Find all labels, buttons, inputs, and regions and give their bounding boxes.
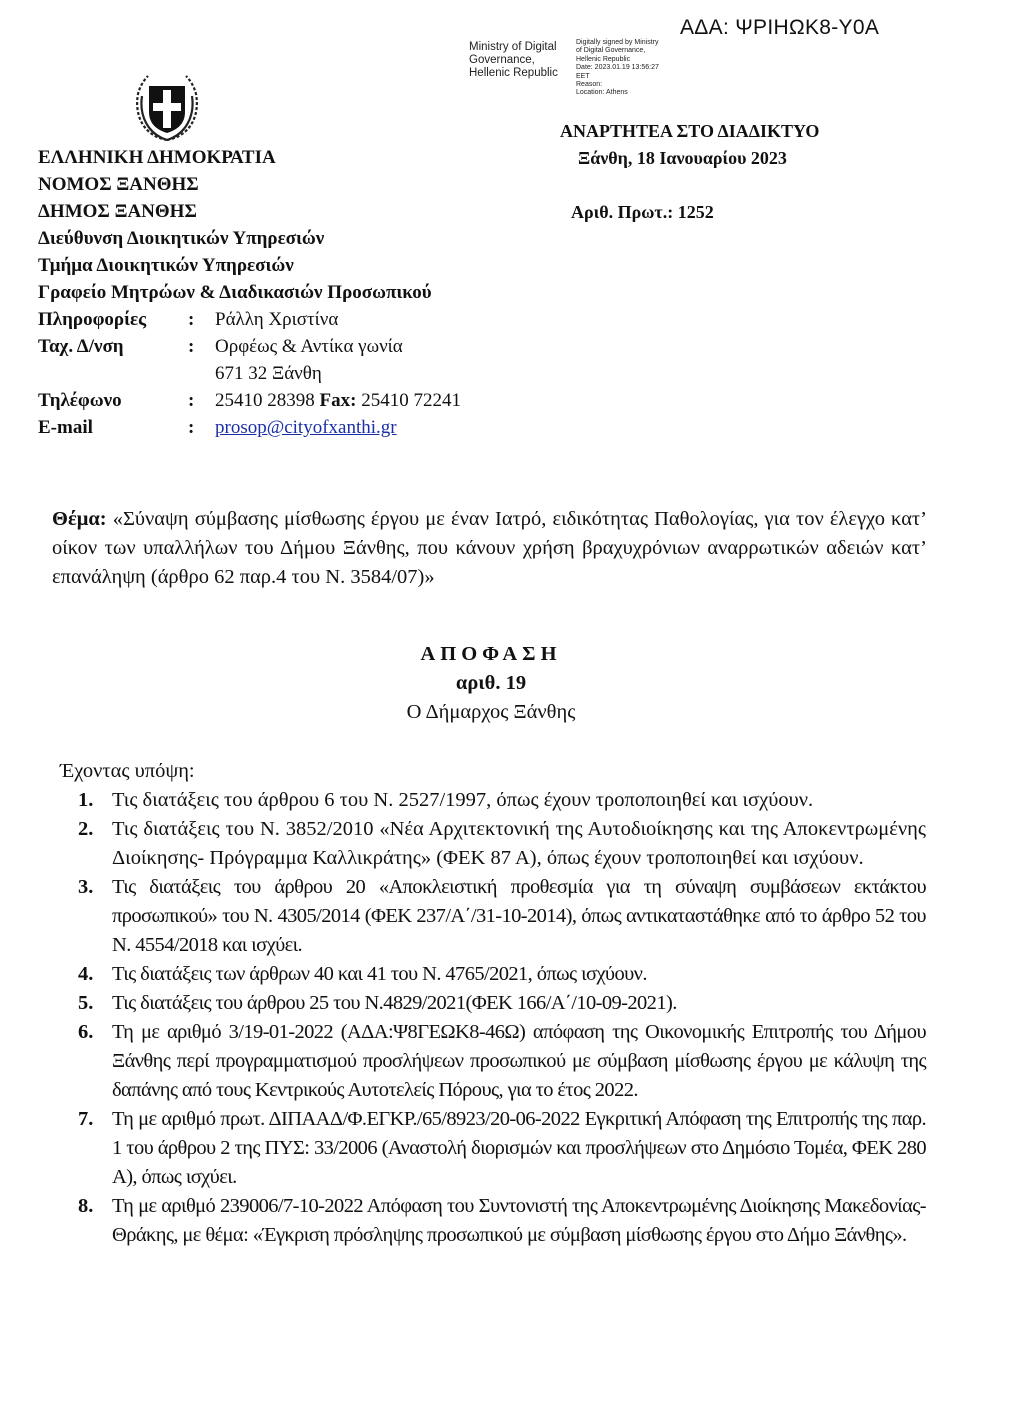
contact-address-row: Ταχ. Δ/νση : Ορφέως & Αντίκα γωνία <box>38 333 461 360</box>
authority-line: ΔΗΜΟΣ ΞΑΝΘΗΣ <box>38 198 432 225</box>
contact-details: Πληροφορίες : Ράλλη Χριστίνα Ταχ. Δ/νση … <box>38 306 461 441</box>
phone-fax-value: 25410 28398 Fax: 25410 72241 <box>215 387 461 414</box>
item-number: 2. <box>78 815 112 873</box>
contact-phone-row: Τηλέφωνο : 25410 28398 Fax: 25410 72241 <box>38 387 461 414</box>
digital-signature-details: Digitally signed by Ministry of Digital … <box>576 39 659 98</box>
contact-info-row: Πληροφορίες : Ράλλη Χριστίνα <box>38 306 461 333</box>
signature-detail-line: EET <box>576 73 659 81</box>
signature-detail-line: Digitally signed by Ministry <box>576 39 659 47</box>
phone-value: 25410 28398 <box>215 390 315 411</box>
list-item: 3.Τις διατάξεις του άρθρου 20 «Αποκλειστ… <box>78 873 926 960</box>
item-number: 7. <box>78 1105 112 1192</box>
list-item: 5.Τις διατάξεις του άρθρου 25 του Ν.4829… <box>78 989 926 1018</box>
contact-email-row: E-mail : prosop@cityofxanthi.gr <box>38 414 461 441</box>
separator: : <box>188 333 215 360</box>
item-number: 4. <box>78 960 112 989</box>
item-number: 3. <box>78 873 112 960</box>
document-meta: ΑΝΑΡΤΗΤΕΑ ΣΤΟ ΔΙΑΔΙΚΤΥΟ Ξάνθη, 18 Ιανουα… <box>560 118 819 226</box>
separator: : <box>188 414 215 441</box>
item-text: Τις διατάξεις του άρθρου 25 του Ν.4829/2… <box>112 989 926 1018</box>
authority-line: Διεύθυνση Διοικητικών Υπηρεσιών <box>38 225 432 252</box>
info-value: Ράλλη Χριστίνα <box>215 306 338 333</box>
address-line1: Ορφέως & Αντίκα γωνία <box>215 333 403 360</box>
subject-paragraph: Θέμα: «Σύναψη σύμβασης μίσθωσης έργου με… <box>52 505 927 592</box>
address-line2: 671 32 Ξάνθη <box>215 360 322 387</box>
posting-notice: ΑΝΑΡΤΗΤΕΑ ΣΤΟ ΔΙΑΔΙΚΤΥΟ <box>560 118 819 145</box>
decision-number: αριθ. 19 <box>0 669 982 698</box>
signer-line: Hellenic Republic <box>469 67 558 80</box>
signature-detail-line: Date: 2023.01.19 13:56:27 <box>576 64 659 72</box>
separator: : <box>188 387 215 414</box>
subject-label: Θέμα: <box>52 508 107 530</box>
greek-coat-of-arms-icon <box>130 70 204 144</box>
item-text: Τη με αριθμό 239006/7-10-2022 Απόφαση το… <box>112 1192 926 1250</box>
list-item: 7.Τη με αριθμό πρωτ. ΔΙΠΑΑΔ/Φ.ΕΓΚΡ./65/8… <box>78 1105 926 1192</box>
separator: : <box>188 306 215 333</box>
item-number: 1. <box>78 786 112 815</box>
list-item: 4.Τις διατάξεις των άρθρων 40 και 41 του… <box>78 960 926 989</box>
signer-line: Ministry of Digital <box>469 41 558 54</box>
item-text: Τη με αριθμό 3/19-01-2022 (ΑΔΑ:Ψ8ΓΕΩΚ8-4… <box>112 1018 926 1105</box>
ada-code: ΑΔΑ: ΨΡΙΗΩΚ8-Υ0Α <box>680 16 879 40</box>
decision-issuer: Ο Δήμαρχος Ξάνθης <box>0 698 982 727</box>
list-item: 1.Τις διατάξεις του άρθρου 6 του Ν. 2527… <box>78 786 926 815</box>
signature-detail-line: Hellenic Republic <box>576 56 659 64</box>
info-label: Πληροφορίες <box>38 306 188 333</box>
phone-label: Τηλέφωνο <box>38 387 188 414</box>
authority-line: ΕΛΛΗΝΙΚΗ ΔΗΜΟΚΡΑΤΙΑ <box>38 144 432 171</box>
signature-detail-line: of Digital Governance, <box>576 47 659 55</box>
email-label: E-mail <box>38 414 188 441</box>
list-item: 6.Τη με αριθμό 3/19-01-2022 (ΑΔΑ:Ψ8ΓΕΩΚ8… <box>78 1018 926 1105</box>
item-text: Τις διατάξεις του Ν. 3852/2010 «Νέα Αρχι… <box>112 815 926 873</box>
authority-line: ΝΟΜΟΣ ΞΑΝΘΗΣ <box>38 171 432 198</box>
item-number: 6. <box>78 1018 112 1105</box>
email-link[interactable]: prosop@cityofxanthi.gr <box>215 414 397 441</box>
subject-text: «Σύναψη σύμβασης μίσθωσης έργου με έναν … <box>52 508 927 588</box>
authority-line: Τμήμα Διοικητικών Υπηρεσιών <box>38 252 432 279</box>
digital-signature-signer: Ministry of Digital Governance, Hellenic… <box>469 41 558 80</box>
decision-title: ΑΠΟΦΑΣΗ <box>0 640 982 669</box>
considerations-list: 1.Τις διατάξεις του άρθρου 6 του Ν. 2527… <box>78 786 926 1250</box>
document-date: Ξάνθη, 18 Ιανουαρίου 2023 <box>560 145 819 172</box>
contact-address-row-2: 671 32 Ξάνθη <box>38 360 461 387</box>
fax-value: 25410 72241 <box>361 390 461 411</box>
item-text: Τη με αριθμό πρωτ. ΔΙΠΑΑΔ/Φ.ΕΓΚΡ./65/892… <box>112 1105 926 1192</box>
signer-line: Governance, <box>469 54 558 67</box>
item-text: Τις διατάξεις του άρθρου 20 «Αποκλειστικ… <box>112 873 926 960</box>
issuing-authority-header: ΕΛΛΗΝΙΚΗ ΔΗΜΟΚΡΑΤΙΑ ΝΟΜΟΣ ΞΑΝΘΗΣ ΔΗΜΟΣ Ξ… <box>38 144 432 306</box>
address-label: Ταχ. Δ/νση <box>38 333 188 360</box>
considering-label: Έχοντας υπόψη: <box>60 760 195 783</box>
authority-line: Γραφείο Μητρώων & Διαδικασιών Προσωπικού <box>38 279 432 306</box>
protocol-number: Αριθ. Πρωτ.: 1252 <box>560 199 819 226</box>
item-text: Τις διατάξεις των άρθρων 40 και 41 του Ν… <box>112 960 926 989</box>
fax-label: Fax: <box>320 390 357 411</box>
item-number: 8. <box>78 1192 112 1250</box>
decision-heading: ΑΠΟΦΑΣΗ αριθ. 19 Ο Δήμαρχος Ξάνθης <box>0 640 982 727</box>
list-item: 8.Τη με αριθμό 239006/7-10-2022 Απόφαση … <box>78 1192 926 1250</box>
signature-detail-line: Location: Athens <box>576 89 659 97</box>
item-text: Τις διατάξεις του άρθρου 6 του Ν. 2527/1… <box>112 786 926 815</box>
item-number: 5. <box>78 989 112 1018</box>
signature-detail-line: Reason: <box>576 81 659 89</box>
list-item: 2.Τις διατάξεις του Ν. 3852/2010 «Νέα Αρ… <box>78 815 926 873</box>
